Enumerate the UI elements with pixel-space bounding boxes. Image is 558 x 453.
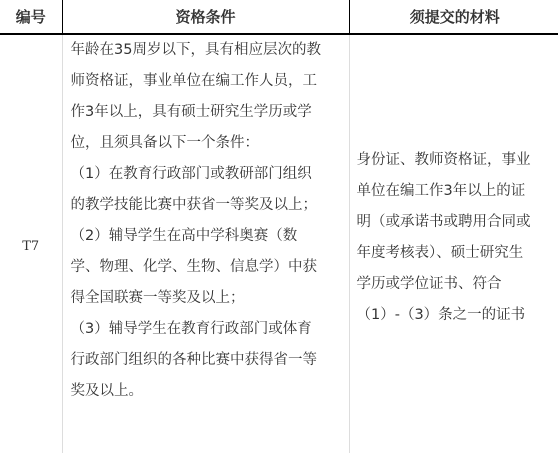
condition-line: 位，且须具备以下一个条件：	[71, 128, 345, 159]
material-line: （1）-（3）条之一的证书	[357, 300, 557, 331]
condition-line: 行政部门组织的各种比赛中获得省一等	[71, 345, 345, 376]
cell-conditions: 年龄在35周岁以下，具有相应层次的教 师资格证，事业单位在编工作人员，工 作3年…	[62, 34, 349, 453]
condition-line: （3）辅导学生在教育行政部门或体育	[71, 314, 345, 345]
cell-code: T7	[0, 34, 62, 453]
condition-line: 学、物理、化学、生物、信息学）中获	[71, 252, 345, 283]
qualification-table: 编号 资格条件 须提交的材料 T7 年龄在35周岁以下，具有相应层次的教 师资格…	[0, 0, 558, 453]
cell-materials: 身份证、教师资格证，事业 单位在编工作3年以上的证 明（或承诺书或聘用合同或 年…	[349, 34, 558, 453]
table-row: T7 年龄在35周岁以下，具有相应层次的教 师资格证，事业单位在编工作人员，工 …	[0, 34, 558, 453]
header-row: 编号 资格条件 须提交的材料	[0, 0, 558, 34]
condition-line: （1）在教育行政部门或教研部门组织	[71, 159, 345, 190]
condition-line: 年龄在35周岁以下，具有相应层次的教	[71, 35, 345, 66]
condition-line: （2）辅导学生在高中学科奥赛（数	[71, 221, 345, 252]
condition-line: 的教学技能比赛中获省一等奖及以上；	[71, 190, 345, 221]
material-line: 年度考核表）、硕士研究生	[357, 238, 557, 269]
header-materials: 须提交的材料	[349, 0, 558, 34]
header-conditions: 资格条件	[62, 0, 349, 34]
condition-line: 作3年以上，具有硕士研究生学历或学	[71, 97, 345, 128]
header-code: 编号	[0, 0, 62, 34]
material-line: 单位在编工作3年以上的证	[357, 176, 557, 207]
material-line: 明（或承诺书或聘用合同或	[357, 207, 557, 238]
material-line: 学历或学位证书、符合	[357, 269, 557, 300]
material-line: 身份证、教师资格证，事业	[357, 145, 557, 176]
condition-line: 奖及以上。	[71, 376, 345, 407]
condition-line: 师资格证，事业单位在编工作人员，工	[71, 66, 345, 97]
condition-line: 得全国联赛一等奖及以上；	[71, 283, 345, 314]
